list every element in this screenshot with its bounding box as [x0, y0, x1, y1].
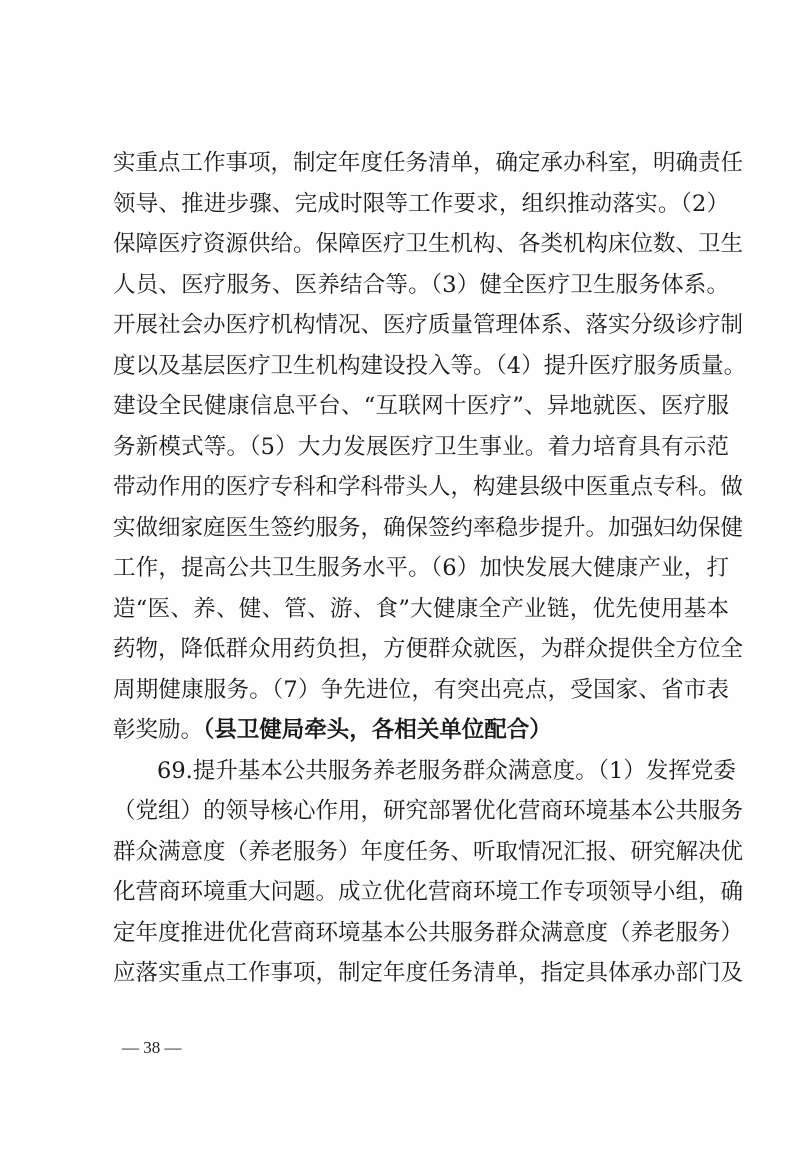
text-line: 周期健康服务。（7）争先进位，有突出亮点，受国家、省市表: [113, 670, 729, 711]
text-line: 药物，降低群众用药负担，方便群众就医，为群众提供全方位全: [113, 629, 729, 670]
text-line: 领导、推进步骤、完成时限等工作要求，组织推动落实。（2）: [113, 184, 729, 225]
text-line: 开展社会办医疗机构情况、医疗质量管理体系、落实分级诊疗制: [113, 305, 729, 346]
text-line: 定年度推进优化营商环境基本公共服务群众满意度（养老服务）: [113, 913, 729, 954]
text-line: 实重点工作事项，制定年度任务清单，确定承办科室，明确责任: [113, 143, 729, 184]
text-line: 群众满意度（养老服务）年度任务、听取情况汇报、研究解决优: [113, 832, 729, 873]
text-line: 度以及基层医疗卫生机构建设投入等。（4）提升医疗服务质量。: [113, 346, 729, 387]
text-line: 工作，提高公共卫生服务水平。（6）加快发展大健康产业，打: [113, 548, 729, 589]
text-line: 化营商环境重大问题。成立优化营商环境工作专项领导小组，确: [113, 872, 729, 913]
text-line: 务新模式等。（5）大力发展医疗卫生事业。着力培育具有示范: [113, 427, 729, 468]
document-page: 实重点工作事项，制定年度任务清单，确定承办科室，明确责任 领导、推进步骤、完成时…: [0, 0, 803, 1170]
text-line: 实做细家庭医生签约服务，确保签约率稳步提升。加强妇幼保健: [113, 508, 729, 549]
text-line: 建设全民健康信息平台、“互联网十医疗”、异地就医、医疗服: [113, 386, 729, 427]
page-number: — 38 —: [122, 1034, 182, 1062]
item-69-heading-line: 69.提升基本公共服务养老服务群众满意度。（1）发挥党委: [113, 751, 729, 792]
text-line-prefix: 彰奖励。: [113, 717, 203, 743]
text-line-responsibility: 彰奖励。（县卫健局牵头，各相关单位配合）: [113, 710, 729, 751]
text-line: 应落实重点工作事项，制定年度任务清单，指定具体承办部门及: [113, 953, 729, 994]
body-text: 实重点工作事项，制定年度任务清单，确定承办科室，明确责任 领导、推进步骤、完成时…: [113, 143, 729, 994]
text-line: 人员、医疗服务、医养结合等。（3）健全医疗卫生服务体系。: [113, 265, 729, 306]
responsibility-note: （县卫健局牵头，各相关单位配合）: [203, 717, 552, 743]
text-line: 造“医、养、健、管、游、食”大健康全产业链，优先使用基本: [113, 589, 729, 630]
text-line: 带动作用的医疗专科和学科带头人，构建县级中医重点专科。做: [113, 467, 729, 508]
text-line: （党组）的领导核心作用，研究部署优化营商环境基本公共服务: [113, 791, 729, 832]
text-line: 保障医疗资源供给。保障医疗卫生机构、各类机构床位数、卫生: [113, 224, 729, 265]
